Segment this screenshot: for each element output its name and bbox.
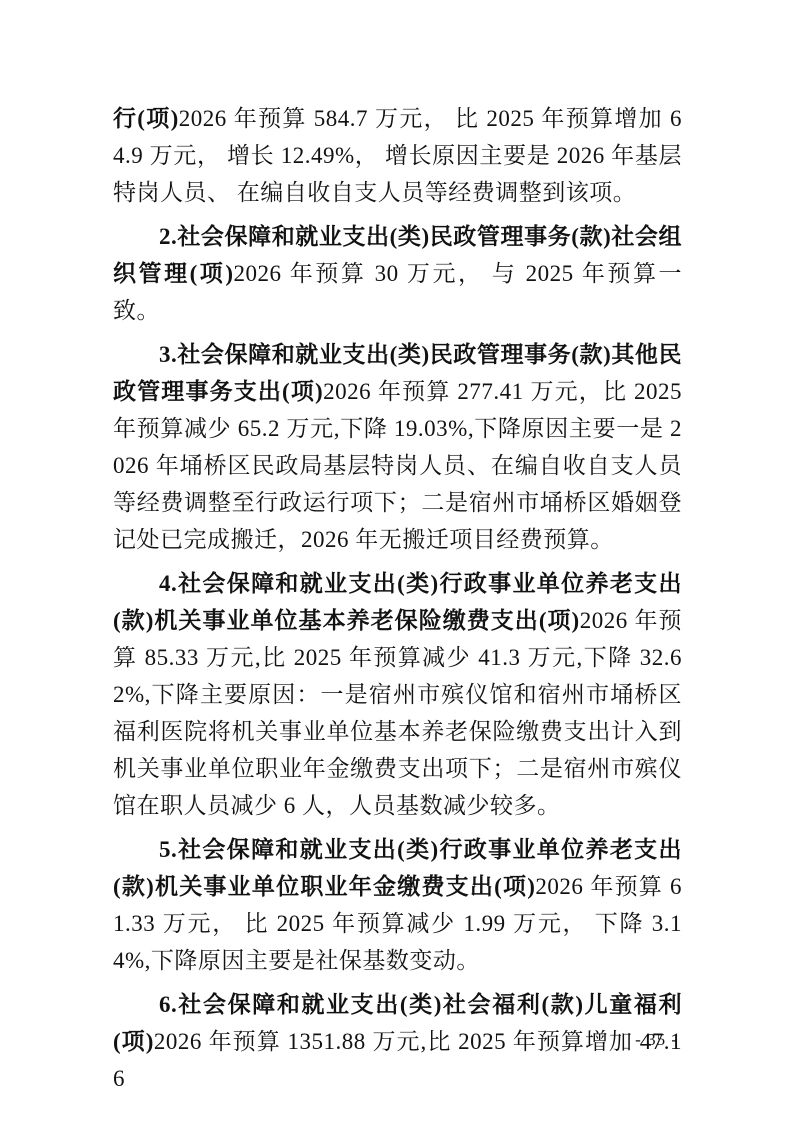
page-footer: - 35 - <box>113 1030 678 1050</box>
paragraph: 4.社会保障和就业支出(类)行政事业单位养老支出(款)机关事业单位基本养老保险缴… <box>113 565 682 824</box>
paragraph-body-text: 2026 年预算 277.41 万元，比 2025 年预算减少 65.2 万元,… <box>113 379 682 552</box>
paragraph: 行(项)2026 年预算 584.7 万元， 比 2025 年预算增加 64.9… <box>113 100 682 211</box>
page-number: - 35 - <box>635 1030 678 1049</box>
paragraph: 2.社会保障和就业支出(类)民政管理事务(款)社会组织管理(项)2026 年预算… <box>113 218 682 329</box>
paragraph-lead-bold: 行(项) <box>113 106 179 131</box>
paragraph-body-text: 2026 年预算 85.33 万元,比 2025 年预算减少 41.3 万元,下… <box>113 608 682 818</box>
paragraph-body-text: 2026 年预算 584.7 万元， 比 2025 年预算增加 64.9 万元，… <box>113 106 682 205</box>
document-body: 行(项)2026 年预算 584.7 万元， 比 2025 年预算增加 64.9… <box>113 100 682 1104</box>
document-page: 行(项)2026 年预算 584.7 万元， 比 2025 年预算增加 64.9… <box>0 0 793 1122</box>
paragraph: 5.社会保障和就业支出(类)行政事业单位养老支出(款)机关事业单位职业年金缴费支… <box>113 831 682 979</box>
paragraph: 3.社会保障和就业支出(类)民政管理事务(款)其他民政管理事务支出(项)2026… <box>113 336 682 558</box>
